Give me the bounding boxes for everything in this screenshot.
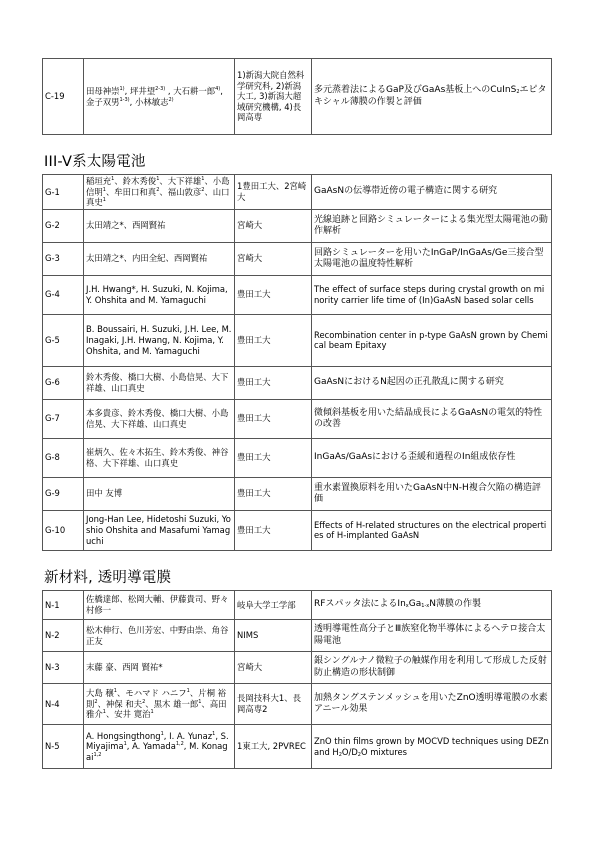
affiliation-cell: 豊田工大: [235, 438, 312, 477]
table-row: N-1佐橋達郎、松岡大輔、伊藤貴司、野々村修一岐阜大学工学部RFスパッタ法による…: [43, 591, 552, 620]
table-row: G-2太田靖之*、西岡賢祐宮崎大光線追跡と回路シミュレーターによる集光型太陽電池…: [43, 209, 552, 242]
title-cell: ZnO thin films grown by MOCVD techniques…: [312, 725, 552, 769]
authors-cell: J.H. Hwang*, H. Suzuki, N. Kojima, Y. Oh…: [84, 275, 235, 314]
presentation-id: G-7: [43, 399, 84, 438]
authors-cell: 大島 穣1、モハマド ハニフ1、片桐 裕則2、神保 和夫2、黒木 雄一郎1、高田…: [84, 684, 235, 725]
affiliation-cell: 1豊田工大、2宮崎大: [235, 175, 312, 210]
affiliation-cell: 宮崎大: [235, 652, 312, 684]
affiliation-cell: 豊田工大: [235, 477, 312, 510]
presentation-id: G-8: [43, 438, 84, 477]
authors-cell: 松木伸行、色川芳宏、中野由崇、角谷正友: [84, 620, 235, 652]
title-cell: 銀シングルナノ微粒子の触媒作用を利用して形成した反射防止構造の形状制御: [312, 652, 552, 684]
title-cell: 回路シミュレーターを用いたInGaP/InGaAs/Ge三接合型太陽電池の温度特…: [312, 242, 552, 275]
document-page: C-19田母神崇1), 坪井望2-3) , 大石耕一郎4), 金子双男1-3),…: [0, 0, 595, 842]
title-cell: GaAsNの伝導帯近傍の電子構造に関する研究: [312, 175, 552, 210]
affiliation-cell: NIMS: [235, 620, 312, 652]
table-row: G-10Jong-Han Lee, Hidetoshi Suzuki, Yosh…: [43, 510, 552, 550]
affiliation-cell: 豊田工大: [235, 510, 312, 550]
authors-cell: 末藤 豪、西岡 賢祐*: [84, 652, 235, 684]
table-row: G-7本多貴彦、鈴木秀俊、橋口大樹、小島信晃、大下祥雄、山口真史豊田工大微傾斜基…: [43, 399, 552, 438]
authors-cell: 本多貴彦、鈴木秀俊、橋口大樹、小島信晃、大下祥雄、山口真史: [84, 399, 235, 438]
table-row: N-3末藤 豪、西岡 賢祐*宮崎大銀シングルナノ微粒子の触媒作用を利用して形成し…: [43, 652, 552, 684]
authors-cell: 鈴木秀俊、橋口大樹、小島信晃、大下祥雄、山口真史: [84, 366, 235, 399]
title-cell: The effect of surface steps during cryst…: [312, 275, 552, 314]
presentation-id: G-1: [43, 175, 84, 210]
program-table-continued: C-19田母神崇1), 坪井望2-3) , 大石耕一郎4), 金子双男1-3),…: [42, 58, 552, 135]
affiliation-cell: 豊田工大: [235, 366, 312, 399]
title-cell: Recombination center in p-type GaAsN gro…: [312, 314, 552, 366]
title-cell: GaAsNにおけるN起因の正孔散乱に関する研究: [312, 366, 552, 399]
presentation-id: C-19: [43, 59, 84, 135]
title-cell: 加熱タングステンメッシュを用いたZnO透明導電膜の水素アニール効果: [312, 684, 552, 725]
authors-cell: 田中 友博: [84, 477, 235, 510]
title-cell: 微傾斜基板を用いた結晶成長によるGaAsNの電気的特性の改善: [312, 399, 552, 438]
presentation-id: N-4: [43, 684, 84, 725]
presentation-id: G-5: [43, 314, 84, 366]
affiliation-cell: 宮崎大: [235, 242, 312, 275]
table-row: G-4J.H. Hwang*, H. Suzuki, N. Kojima, Y.…: [43, 275, 552, 314]
presentation-id: G-6: [43, 366, 84, 399]
program-table-new-materials-tco: N-1佐橋達郎、松岡大輔、伊藤貴司、野々村修一岐阜大学工学部RFスパッタ法による…: [42, 590, 552, 769]
authors-cell: A. Hongsingthong1, I. A. Yunaz1, S. Miya…: [84, 725, 235, 769]
affiliation-cell: 1東工大, 2PVREC: [235, 725, 312, 769]
authors-cell: Jong-Han Lee, Hidetoshi Suzuki, Yoshio O…: [84, 510, 235, 550]
authors-cell: 佐橋達郎、松岡大輔、伊藤貴司、野々村修一: [84, 591, 235, 620]
presentation-id: G-9: [43, 477, 84, 510]
presentation-id: N-1: [43, 591, 84, 620]
title-cell: 重水素置換原料を用いたGaAsN中N-H複合欠陥の構造評価: [312, 477, 552, 510]
affiliation-cell: 長岡技科大1、長岡高専2: [235, 684, 312, 725]
affiliation-cell: 1)新潟大院自然科学研究科, 2)新潟大工, 3)新潟大超域研究機構, 4)長岡…: [235, 59, 312, 135]
authors-cell: 太田靖之*、西岡賢祐: [84, 209, 235, 242]
title-cell: RFスパッタ法によるInxGa1-xN薄膜の作製: [312, 591, 552, 620]
authors-cell: 崔炳久、佐々木拓生、鈴木秀俊、神谷格、大下祥雄、山口真史: [84, 438, 235, 477]
section-heading-iii-v-solar-cells: III-V系太陽電池: [44, 153, 146, 171]
table-row: G-9田中 友博豊田工大重水素置換原料を用いたGaAsN中N-H複合欠陥の構造評…: [43, 477, 552, 510]
authors-cell: 田母神崇1), 坪井望2-3) , 大石耕一郎4), 金子双男1-3), 小林敏…: [84, 59, 235, 135]
affiliation-cell: 豊田工大: [235, 275, 312, 314]
presentation-id: G-3: [43, 242, 84, 275]
affiliation-cell: 宮崎大: [235, 209, 312, 242]
table-row: N-5A. Hongsingthong1, I. A. Yunaz1, S. M…: [43, 725, 552, 769]
title-cell: Effects of H-related structures on the e…: [312, 510, 552, 550]
affiliation-cell: 豊田工大: [235, 314, 312, 366]
authors-cell: 太田靖之*、内田全紀、西岡賢祐: [84, 242, 235, 275]
presentation-id: N-2: [43, 620, 84, 652]
table-row: G-5B. Boussairi, H. Suzuki, J.H. Lee, M.…: [43, 314, 552, 366]
presentation-id: G-10: [43, 510, 84, 550]
program-table-iii-v-solar-cells: G-1稲垣充1、鈴木秀俊1、大下祥雄1、小島信明1、牟田口和真2、福山敦彦2、山…: [42, 174, 552, 551]
title-cell: 多元蒸着法によるGaP及びGaAs基板上へのCuInS2エピタキシャル薄膜の作製…: [312, 59, 552, 135]
authors-cell: B. Boussairi, H. Suzuki, J.H. Lee, M. In…: [84, 314, 235, 366]
table-row: N-4大島 穣1、モハマド ハニフ1、片桐 裕則2、神保 和夫2、黒木 雄一郎1…: [43, 684, 552, 725]
authors-cell: 稲垣充1、鈴木秀俊1、大下祥雄1、小島信明1、牟田口和真2、福山敦彦2、山口真史…: [84, 175, 235, 210]
title-cell: 光線追跡と回路シミュレーターによる集光型太陽電池の動作解析: [312, 209, 552, 242]
table-row: G-8崔炳久、佐々木拓生、鈴木秀俊、神谷格、大下祥雄、山口真史豊田工大InGaA…: [43, 438, 552, 477]
title-cell: InGaAs/GaAsにおける歪緩和過程のIn組成依存性: [312, 438, 552, 477]
presentation-id: N-5: [43, 725, 84, 769]
presentation-id: G-2: [43, 209, 84, 242]
table-row: C-19田母神崇1), 坪井望2-3) , 大石耕一郎4), 金子双男1-3),…: [43, 59, 552, 135]
table-row: G-6鈴木秀俊、橋口大樹、小島信晃、大下祥雄、山口真史豊田工大GaAsNにおける…: [43, 366, 552, 399]
table-row: G-1稲垣充1、鈴木秀俊1、大下祥雄1、小島信明1、牟田口和真2、福山敦彦2、山…: [43, 175, 552, 210]
table-row: N-2松木伸行、色川芳宏、中野由崇、角谷正友NIMS透明導電性高分子とⅢ族窒化物…: [43, 620, 552, 652]
presentation-id: N-3: [43, 652, 84, 684]
title-cell: 透明導電性高分子とⅢ族窒化物半導体によるヘテロ接合太陽電池: [312, 620, 552, 652]
table-row: G-3太田靖之*、内田全紀、西岡賢祐宮崎大回路シミュレーターを用いたInGaP/…: [43, 242, 552, 275]
affiliation-cell: 岐阜大学工学部: [235, 591, 312, 620]
affiliation-cell: 豊田工大: [235, 399, 312, 438]
section-heading-new-materials-tco: 新材料, 透明導電膜: [44, 569, 171, 587]
presentation-id: G-4: [43, 275, 84, 314]
